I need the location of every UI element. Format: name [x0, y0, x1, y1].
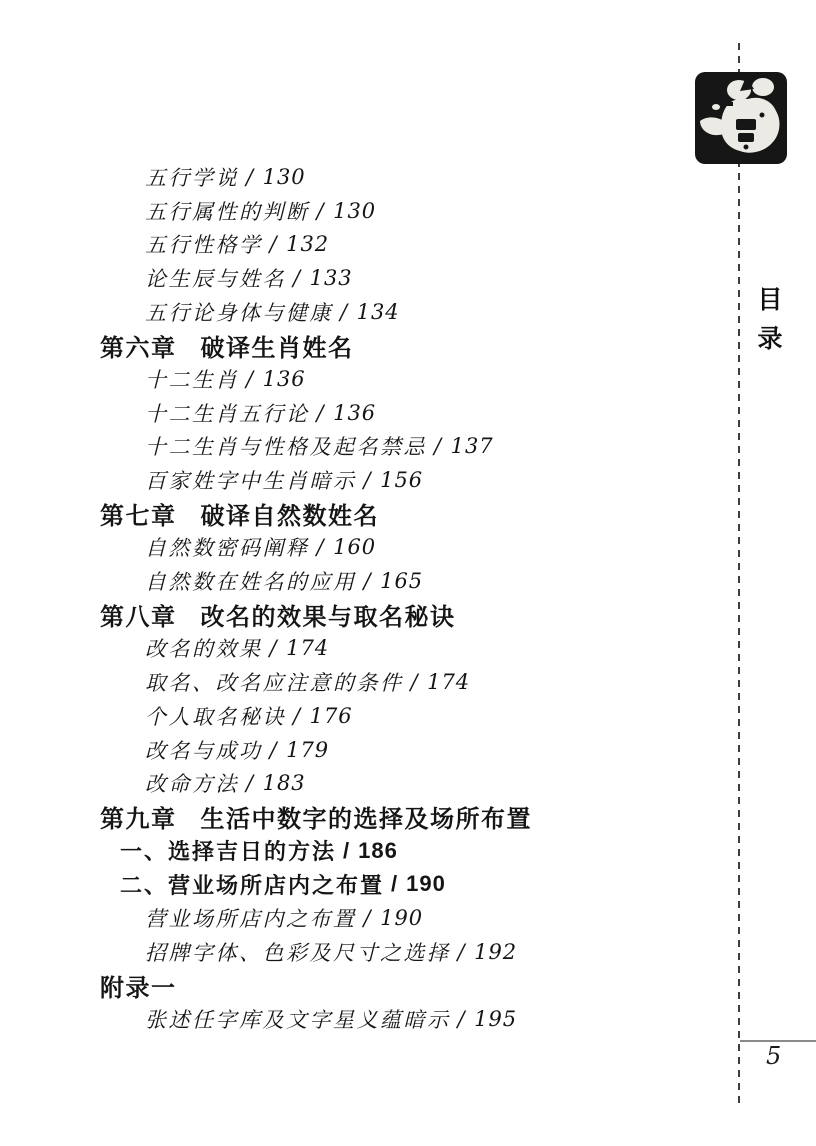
toc-entry-title: 十二生肖	[145, 364, 239, 394]
toc-entry-page: 179	[286, 738, 329, 762]
toc-entry-title: 五行属性的判断	[145, 196, 310, 226]
toc-entry-page: 133	[310, 266, 353, 290]
toc-entry-page: 186	[358, 838, 398, 864]
toc-entry: 百家姓字中生肖暗示/156	[100, 463, 700, 497]
toc-entry: 第七章破译自然数姓名	[100, 497, 700, 531]
toc-entry-separator: /	[246, 771, 256, 795]
toc-entry: 二、营业场所店内之布置/190	[100, 867, 700, 901]
toc-entry: 论生辰与姓名/133	[100, 261, 700, 295]
toc-entry-page: 156	[380, 468, 423, 492]
toc-entry: 改名的效果/174	[100, 632, 700, 666]
seal-stamp-icon	[694, 71, 788, 165]
toc-entry: 个人取名秘诀/176	[100, 699, 700, 733]
toc-entry-separator: /	[411, 670, 421, 694]
toc-entry-page: 132	[286, 232, 329, 256]
toc-entry-title: 改名的效果与取名秘诀	[201, 597, 456, 632]
toc-entry-page: 183	[263, 771, 306, 795]
toc-entry-page: 130	[263, 165, 306, 189]
toc-entry-separator: /	[293, 266, 303, 290]
dotted-rule	[738, 43, 740, 1108]
toc-entry: 张述任字库及文字星义蕴暗示/195	[100, 1002, 700, 1036]
toc-entry-separator: /	[270, 636, 280, 660]
toc-entry-title: 五行性格学	[145, 229, 263, 259]
toc-entry-page: 160	[333, 535, 376, 559]
toc-entry-title: 取名、改名应注意的条件	[145, 667, 404, 697]
toc-entry-separator: /	[364, 569, 374, 593]
toc-entry-title: 改命方法	[145, 768, 239, 798]
toc-entry-page: 130	[333, 199, 376, 223]
toc-entry-separator: /	[364, 906, 374, 930]
toc-entry-title: 营业场所店内之布置	[145, 903, 357, 933]
toc-entry: 改名与成功/179	[100, 733, 700, 767]
toc-entry-title: 论生辰与姓名	[145, 263, 286, 293]
toc-entry-page: 137	[451, 434, 494, 458]
toc-entry-page: 195	[474, 1007, 517, 1031]
book-toc-page: { "page": { "background": "#ffffff", "in…	[0, 0, 816, 1146]
page-number: 5	[766, 1042, 781, 1070]
toc-vertical-label: 目录	[750, 286, 786, 364]
toc-entry-title: 改名的效果	[145, 633, 263, 663]
toc-entry-title: 一、选择吉日的方法	[120, 835, 336, 866]
toc-entry-title: 破译生肖姓名	[201, 328, 354, 363]
toc-entry-separator: /	[343, 838, 351, 864]
toc-entry-separator: /	[391, 871, 399, 897]
toc-chapter-number: 第六章	[100, 328, 177, 363]
toc-entry-separator: /	[458, 940, 468, 964]
toc-entry-page: 136	[263, 367, 306, 391]
toc-list: 五行学说/130五行属性的判断/130五行性格学/132论生辰与姓名/133五行…	[100, 160, 700, 1036]
toc-entry: 第六章破译生肖姓名	[100, 328, 700, 362]
toc-entry-separator: /	[434, 434, 444, 458]
toc-entry-page: 165	[380, 569, 423, 593]
toc-entry-separator: /	[246, 165, 256, 189]
toc-entry-separator: /	[246, 367, 256, 391]
toc-entry-title: 百家姓字中生肖暗示	[145, 465, 357, 495]
toc-entry-page: 134	[357, 300, 400, 324]
toc-entry-title: 招牌字体、色彩及尺寸之选择	[145, 937, 451, 967]
toc-entry-page: 174	[286, 636, 329, 660]
toc-chapter-number: 附录一	[100, 968, 177, 1003]
toc-entry: 取名、改名应注意的条件/174	[100, 665, 700, 699]
toc-chapter-number: 第九章	[100, 799, 177, 834]
toc-entry-page: 190	[380, 906, 423, 930]
toc-entry: 五行学说/130	[100, 160, 700, 194]
toc-entry-separator: /	[317, 535, 327, 559]
toc-entry: 附录一	[100, 969, 700, 1003]
toc-chapter-number: 第八章	[100, 597, 177, 632]
toc-entry-separator: /	[270, 232, 280, 256]
toc-entry: 十二生肖/136	[100, 362, 700, 396]
toc-entry: 一、选择吉日的方法/186	[100, 834, 700, 868]
toc-entry-title: 破译自然数姓名	[201, 496, 380, 531]
toc-entry-separator: /	[364, 468, 374, 492]
toc-entry: 五行性格学/132	[100, 227, 700, 261]
toc-entry-title: 二、营业场所店内之布置	[120, 869, 384, 900]
toc-entry-title: 生活中数字的选择及场所布置	[201, 799, 533, 834]
toc-entry-page: 192	[474, 940, 517, 964]
toc-entry-page: 190	[406, 871, 446, 897]
toc-entry-title: 改名与成功	[145, 735, 263, 765]
toc-entry: 十二生肖与性格及起名禁忌/137	[100, 430, 700, 464]
toc-chapter-number: 第七章	[100, 496, 177, 531]
toc-entry-separator: /	[317, 199, 327, 223]
toc-entry-title: 自然数密码阐释	[145, 532, 310, 562]
toc-entry-page: 176	[310, 704, 353, 728]
toc-entry: 五行论身体与健康/134	[100, 295, 700, 329]
toc-entry-title: 自然数在姓名的应用	[145, 566, 357, 596]
toc-entry-separator: /	[458, 1007, 468, 1031]
toc-entry-title: 十二生肖五行论	[145, 398, 310, 428]
toc-entry: 改命方法/183	[100, 766, 700, 800]
toc-entry-title: 十二生肖与性格及起名禁忌	[145, 431, 427, 461]
toc-entry-title: 个人取名秘诀	[145, 701, 286, 731]
toc-entry: 自然数在姓名的应用/165	[100, 564, 700, 598]
toc-entry-title: 张述任字库及文字星义蕴暗示	[145, 1004, 451, 1034]
toc-entry-separator: /	[317, 401, 327, 425]
toc-entry: 十二生肖五行论/136	[100, 396, 700, 430]
toc-entry: 第八章改名的效果与取名秘诀	[100, 598, 700, 632]
toc-entry: 五行属性的判断/130	[100, 194, 700, 228]
toc-entry: 自然数密码阐释/160	[100, 531, 700, 565]
toc-entry: 营业场所店内之布置/190	[100, 901, 700, 935]
toc-entry-page: 174	[427, 670, 470, 694]
toc-entry-page: 136	[333, 401, 376, 425]
toc-entry-title: 五行学说	[145, 162, 239, 192]
toc-entry-separator: /	[293, 704, 303, 728]
toc-entry: 第九章生活中数字的选择及场所布置	[100, 800, 700, 834]
toc-entry-separator: /	[270, 738, 280, 762]
toc-entry: 招牌字体、色彩及尺寸之选择/192	[100, 935, 700, 969]
toc-entry-title: 五行论身体与健康	[145, 297, 333, 327]
toc-entry-separator: /	[340, 300, 350, 324]
